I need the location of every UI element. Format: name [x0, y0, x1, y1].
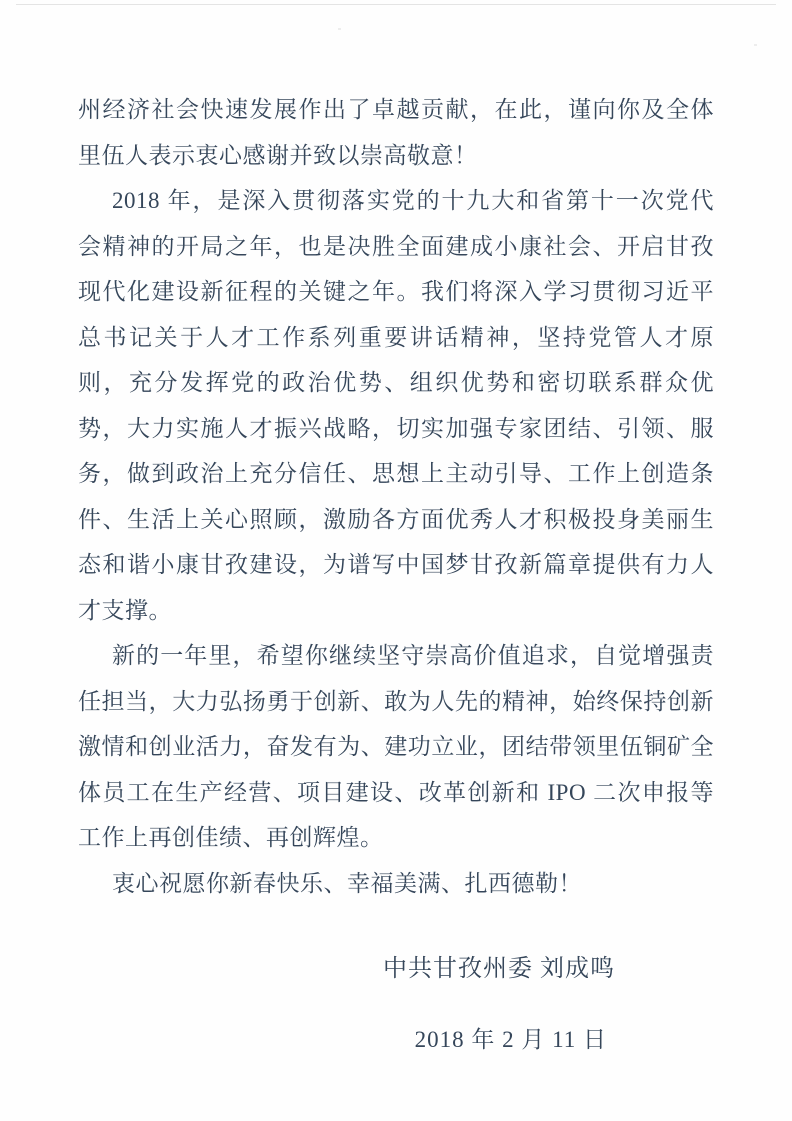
text-line: 势，大力实施人才振兴战略，切实加强专家团结、引领、服	[78, 406, 714, 452]
text-line: 总书记关于人才工作系列重要讲话精神，坚持党管人才原	[78, 315, 714, 361]
text-line: 激情和创业活力，奋发有为、建功立业，团结带领里伍铜矿全	[78, 724, 714, 770]
scan-artifact-line	[16, 4, 776, 5]
text-line: 则，充分发挥党的政治优势、组织优势和密切联系群众优	[78, 360, 714, 406]
text-line: 件、生活上关心照顾，激励各方面优秀人才积极投身美丽生	[78, 497, 714, 543]
text-line: 衷心祝愿你新春快乐、幸福美满、扎西德勒！	[78, 861, 714, 907]
letter-body: 州经济社会快速发展作出了卓越贡献，在此，谨向你及全体里伍人表示衷心感谢并致以崇高…	[78, 87, 714, 906]
letter-page: 州经济社会快速发展作出了卓越贡献，在此，谨向你及全体里伍人表示衷心感谢并致以崇高…	[0, 0, 792, 1121]
signature-line: 中共甘孜州委 刘成鸣	[0, 947, 615, 993]
text-line: 里伍人表示衷心感谢并致以崇高敬意！	[78, 133, 714, 179]
date-line: 2018 年 2 月 11 日	[0, 1017, 607, 1063]
text-line: 态和谐小康甘孜建设，为谱写中国梦甘孜新篇章提供有力人	[78, 542, 714, 588]
text-line: 体员工在生产经营、项目建设、改革创新和 IPO 二次申报等	[78, 770, 714, 816]
text-line: 任担当，大力弘扬勇于创新、敢为人先的精神，始终保持创新	[78, 679, 714, 725]
text-line: 会精神的开局之年，也是决胜全面建成小康社会、开启甘孜	[78, 224, 714, 270]
text-line: 新的一年里，希望你继续坚守崇高价值追求，自觉增强责	[78, 633, 714, 679]
text-line: 州经济社会快速发展作出了卓越贡献，在此，谨向你及全体	[78, 87, 714, 133]
text-line: 工作上再创佳绩、再创辉煌。	[78, 815, 714, 861]
text-line: 才支撑。	[78, 588, 714, 634]
text-line: 务，做到政治上充分信任、思想上主动引导、工作上创造条	[78, 451, 714, 497]
text-line: 现代化建设新征程的关键之年。我们将深入学习贯彻习近平	[78, 269, 714, 315]
scan-speck	[754, 44, 757, 46]
scan-speck	[338, 28, 341, 30]
text-line: 2018 年，是深入贯彻落实党的十九大和省第十一次党代	[78, 178, 714, 224]
